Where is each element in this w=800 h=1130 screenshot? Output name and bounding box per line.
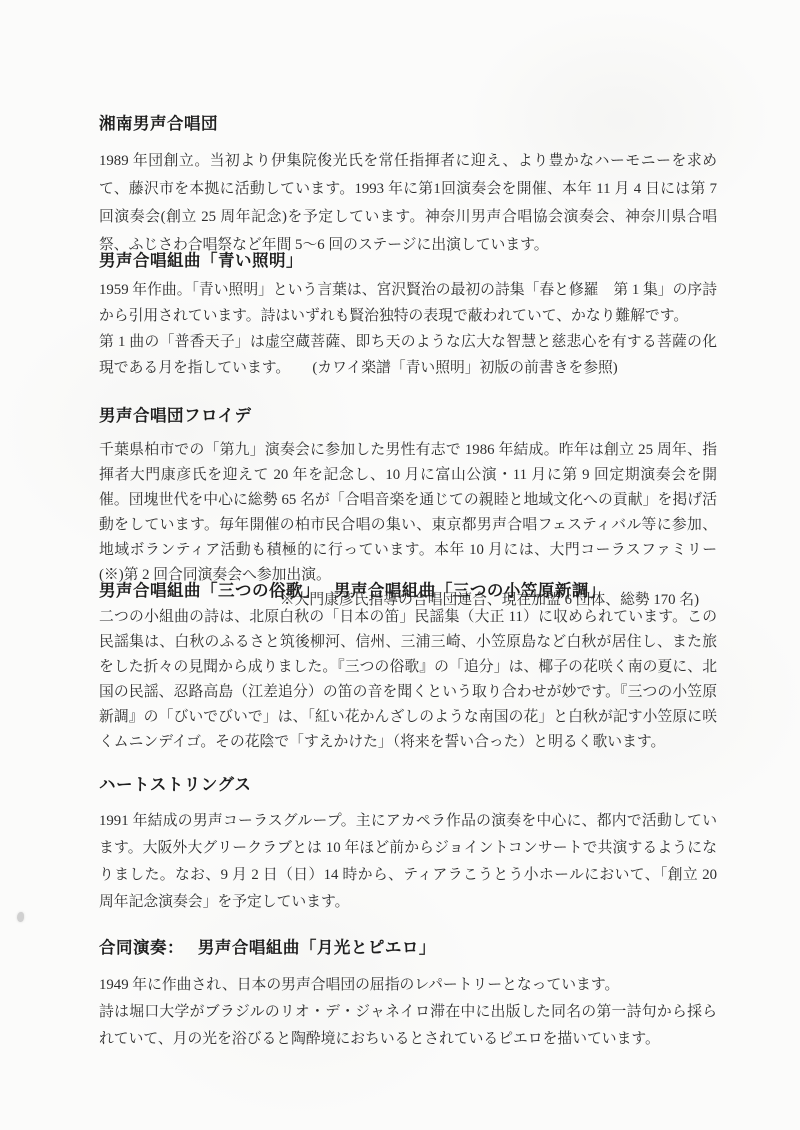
section-body-text: 二つの小組曲の詩は、北原白秋の「日本の笛」民謡集（大正 11）に収められています…	[99, 605, 717, 755]
section-suite-aoi-shomei: 男声合唱組曲「青い照明」 1959 年作曲。「青い照明」という言葉は、宮沢賢治の…	[99, 250, 717, 381]
section-heading: 男声合唱組曲「三つの俗歌」 男声合唱組曲「三つの小笠原新調」	[99, 580, 717, 602]
section-suites-zokka-ogasawara: 男声合唱組曲「三つの俗歌」 男声合唱組曲「三つの小笠原新調」 二つの小組曲の詩は…	[99, 580, 717, 755]
section-body-text: 1959 年作曲。「青い照明」という言葉は、宮沢賢治の最初の詩集「春と修羅 第 …	[99, 277, 717, 381]
section-heartstrings: ハートストリングス 1991 年結成の男声コーラスグループ。主にアカペラ作品の演…	[99, 774, 717, 916]
section-heading: 湘南男声合唱団	[99, 113, 717, 135]
section-heading: 男声合唱団フロイデ	[99, 405, 717, 427]
scanned-program-page: 湘南男声合唱団 1989 年団創立。当初より伊集院俊光氏を常任指揮者に迎え、より…	[0, 0, 800, 1130]
section-body-text: 1989 年団創立。当初より伊集院俊光氏を常任指揮者に迎え、より豊かなハーモニー…	[99, 147, 717, 259]
section-heading: 男声合唱組曲「青い照明」	[99, 250, 717, 272]
section-joint-performance-gekko-to-pierrot: 合同演奏： 男声合唱組曲「月光とピエロ」 1949 年に作曲され、日本の男声合唱…	[99, 937, 717, 1053]
section-body-text: 1991 年結成の男声コーラスグループ。主にアカペラ作品の演奏を中心に、都内で活…	[99, 808, 717, 916]
section-body-text: 千葉県柏市での「第九」演奏会に参加した男性有志で 1986 年結成。昨年は創立 …	[99, 438, 717, 588]
section-heading: 合同演奏： 男声合唱組曲「月光とピエロ」	[99, 937, 717, 959]
scan-artifact-speck	[17, 912, 24, 922]
section-body-text: 1949 年に作曲され、日本の男声合唱団の屈指のレパートリーとなっています。 詩…	[99, 972, 717, 1053]
section-shonan-mens-choir: 湘南男声合唱団 1989 年団創立。当初より伊集院俊光氏を常任指揮者に迎え、より…	[99, 113, 717, 259]
section-heading: ハートストリングス	[99, 774, 717, 796]
